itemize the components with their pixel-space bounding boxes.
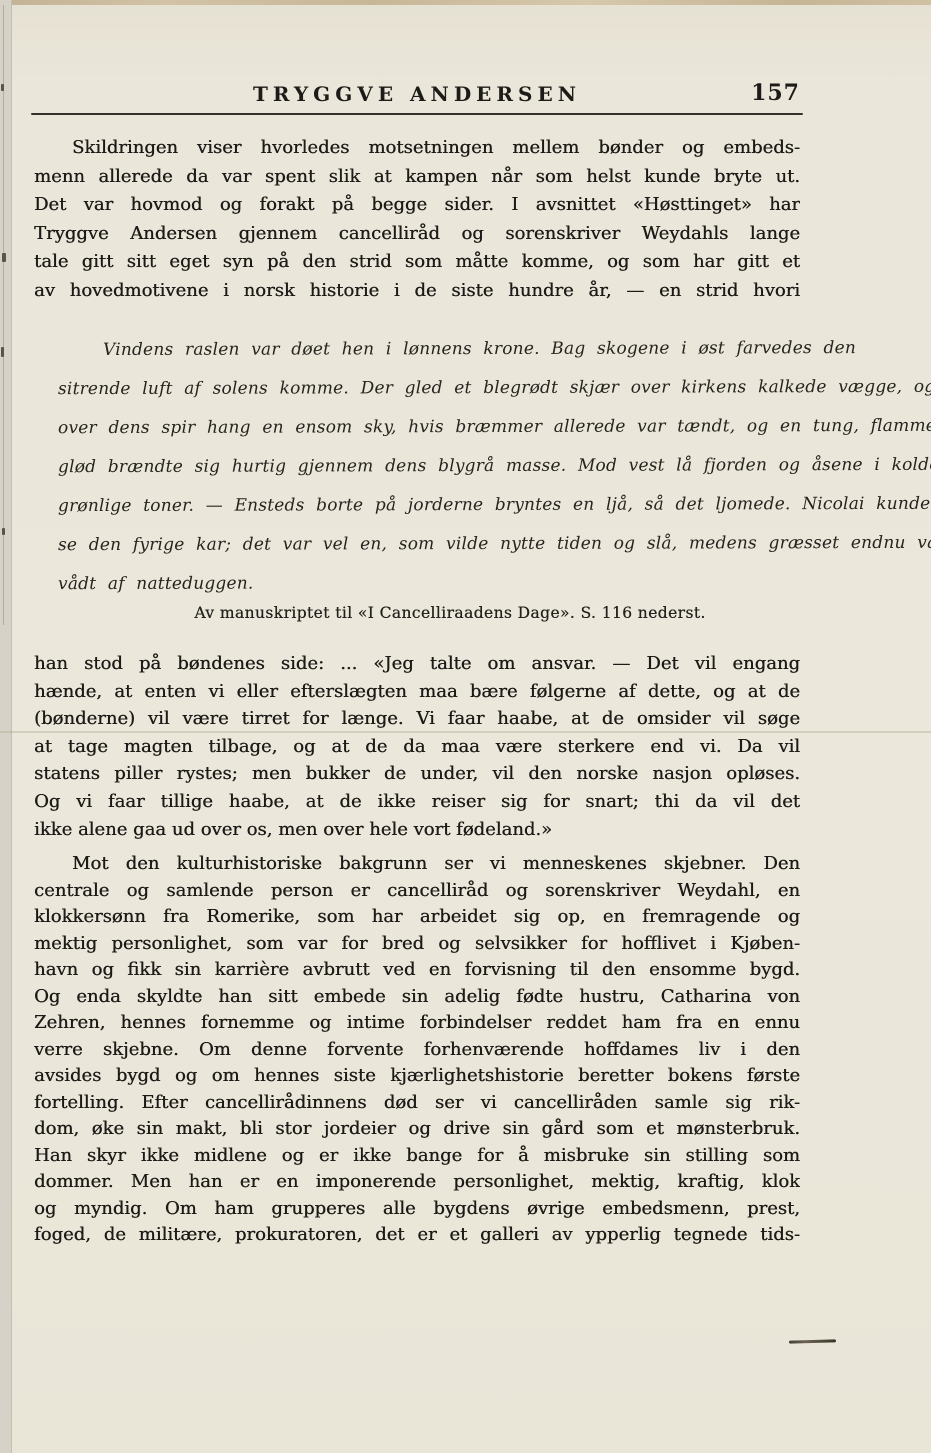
print-line: statens piller rystes; men bukker de und… [34, 760, 800, 788]
scan-speck [2, 528, 5, 535]
book-page: TRYGGVE ANDERSEN 157 Skildringen viser h… [0, 0, 931, 1453]
pencil-mark [789, 1339, 836, 1343]
page-number: 157 [751, 80, 800, 106]
print-line: hænde, at enten vi eller efterslægten ma… [34, 678, 800, 706]
manuscript-line: sitrende luft af solens komme. Der gled … [58, 368, 920, 409]
print-line: at tage magten tilbage, og at de da maa … [34, 733, 800, 761]
body-paragraph-3: Mot den kulturhistoriske bakgrunn ser vi… [34, 851, 800, 1249]
print-line: tale gitt sitt eget syn på den strid som… [34, 248, 800, 277]
header-rule [31, 113, 803, 115]
body-paragraph-1: Skildringen viser hvorledes motsetningen… [34, 134, 800, 306]
print-line: ikke alene gaa ud over os, men over hele… [34, 816, 800, 844]
scan-speck [1, 347, 4, 357]
print-line: havn og fikk sin karrière avbrutt ved en… [34, 957, 800, 984]
print-line: Han skyr ikke midlene og er ikke bange f… [34, 1143, 800, 1170]
manuscript-line: Vindens raslen var døet hen i lønnens kr… [58, 329, 920, 370]
scan-speck [2, 253, 6, 262]
print-line: foged, de militære, prokuratoren, det er… [34, 1222, 800, 1249]
print-line: og myndig. Om ham grupperes alle bygdens… [34, 1196, 800, 1223]
print-line: centrale og samlende person er cancellir… [34, 878, 800, 905]
running-header-title: TRYGGVE ANDERSEN [34, 82, 800, 106]
print-line: Mot den kulturhistoriske bakgrunn ser vi… [34, 851, 800, 878]
print-line: Zehren, hennes fornemme og intime forbin… [34, 1010, 800, 1037]
manuscript-line: grønlige toner. — Ensteds borte på jorde… [58, 485, 920, 526]
body-paragraph-2: han stod på bøndenes side: ... «Jeg talt… [34, 650, 800, 843]
scan-edge-top [0, 0, 931, 5]
manuscript-facsimile: Vindens raslen var døet hen i lønnens kr… [58, 330, 920, 603]
manuscript-line: over dens spir hang en ensom sky, hvis b… [58, 407, 920, 448]
print-line: menn allerede da var spent slik at kampe… [34, 163, 800, 192]
print-line: mektig personlighet, som var for bred og… [34, 931, 800, 958]
print-line: avsides bygd og om hennes siste kjærligh… [34, 1063, 800, 1090]
print-line: dommer. Men han er en imponerende person… [34, 1169, 800, 1196]
figure-caption: Av manuskriptet til «I Cancelliraadens D… [80, 604, 820, 622]
print-line: fortelling. Efter cancellirådinnens død … [34, 1090, 800, 1117]
print-line: verre skjebne. Om denne forvente forhenv… [34, 1037, 800, 1064]
print-line: Og enda skyldte han sitt embede sin adel… [34, 984, 800, 1011]
print-line: dom, øke sin makt, bli stor jordeier og … [34, 1116, 800, 1143]
manuscript-line: vådt af natteduggen. [58, 563, 920, 604]
print-line: av hovedmotivene i norsk historie i de s… [34, 277, 800, 306]
print-line: (bønderne) vil være tirret for længe. Vi… [34, 705, 800, 733]
print-line: Og vi faar tillige haabe, at de ikke rei… [34, 788, 800, 816]
manuscript-line: glød brændte sig hurtig gjennem dens bly… [58, 446, 920, 487]
print-line: klokkersønn fra Romerike, som har arbeid… [34, 904, 800, 931]
scan-speck [1, 84, 4, 91]
print-line: han stod på bøndenes side: ... «Jeg talt… [34, 650, 800, 678]
manuscript-line: se den fyrige kar; det var vel en, som v… [58, 524, 920, 565]
print-line: Skildringen viser hvorledes motsetningen… [34, 134, 800, 163]
scan-edge-left [0, 0, 12, 1453]
print-line: Det var hovmod og forakt på begge sider.… [34, 191, 800, 220]
print-line: Tryggve Andersen gjennem cancelliråd og … [34, 220, 800, 249]
